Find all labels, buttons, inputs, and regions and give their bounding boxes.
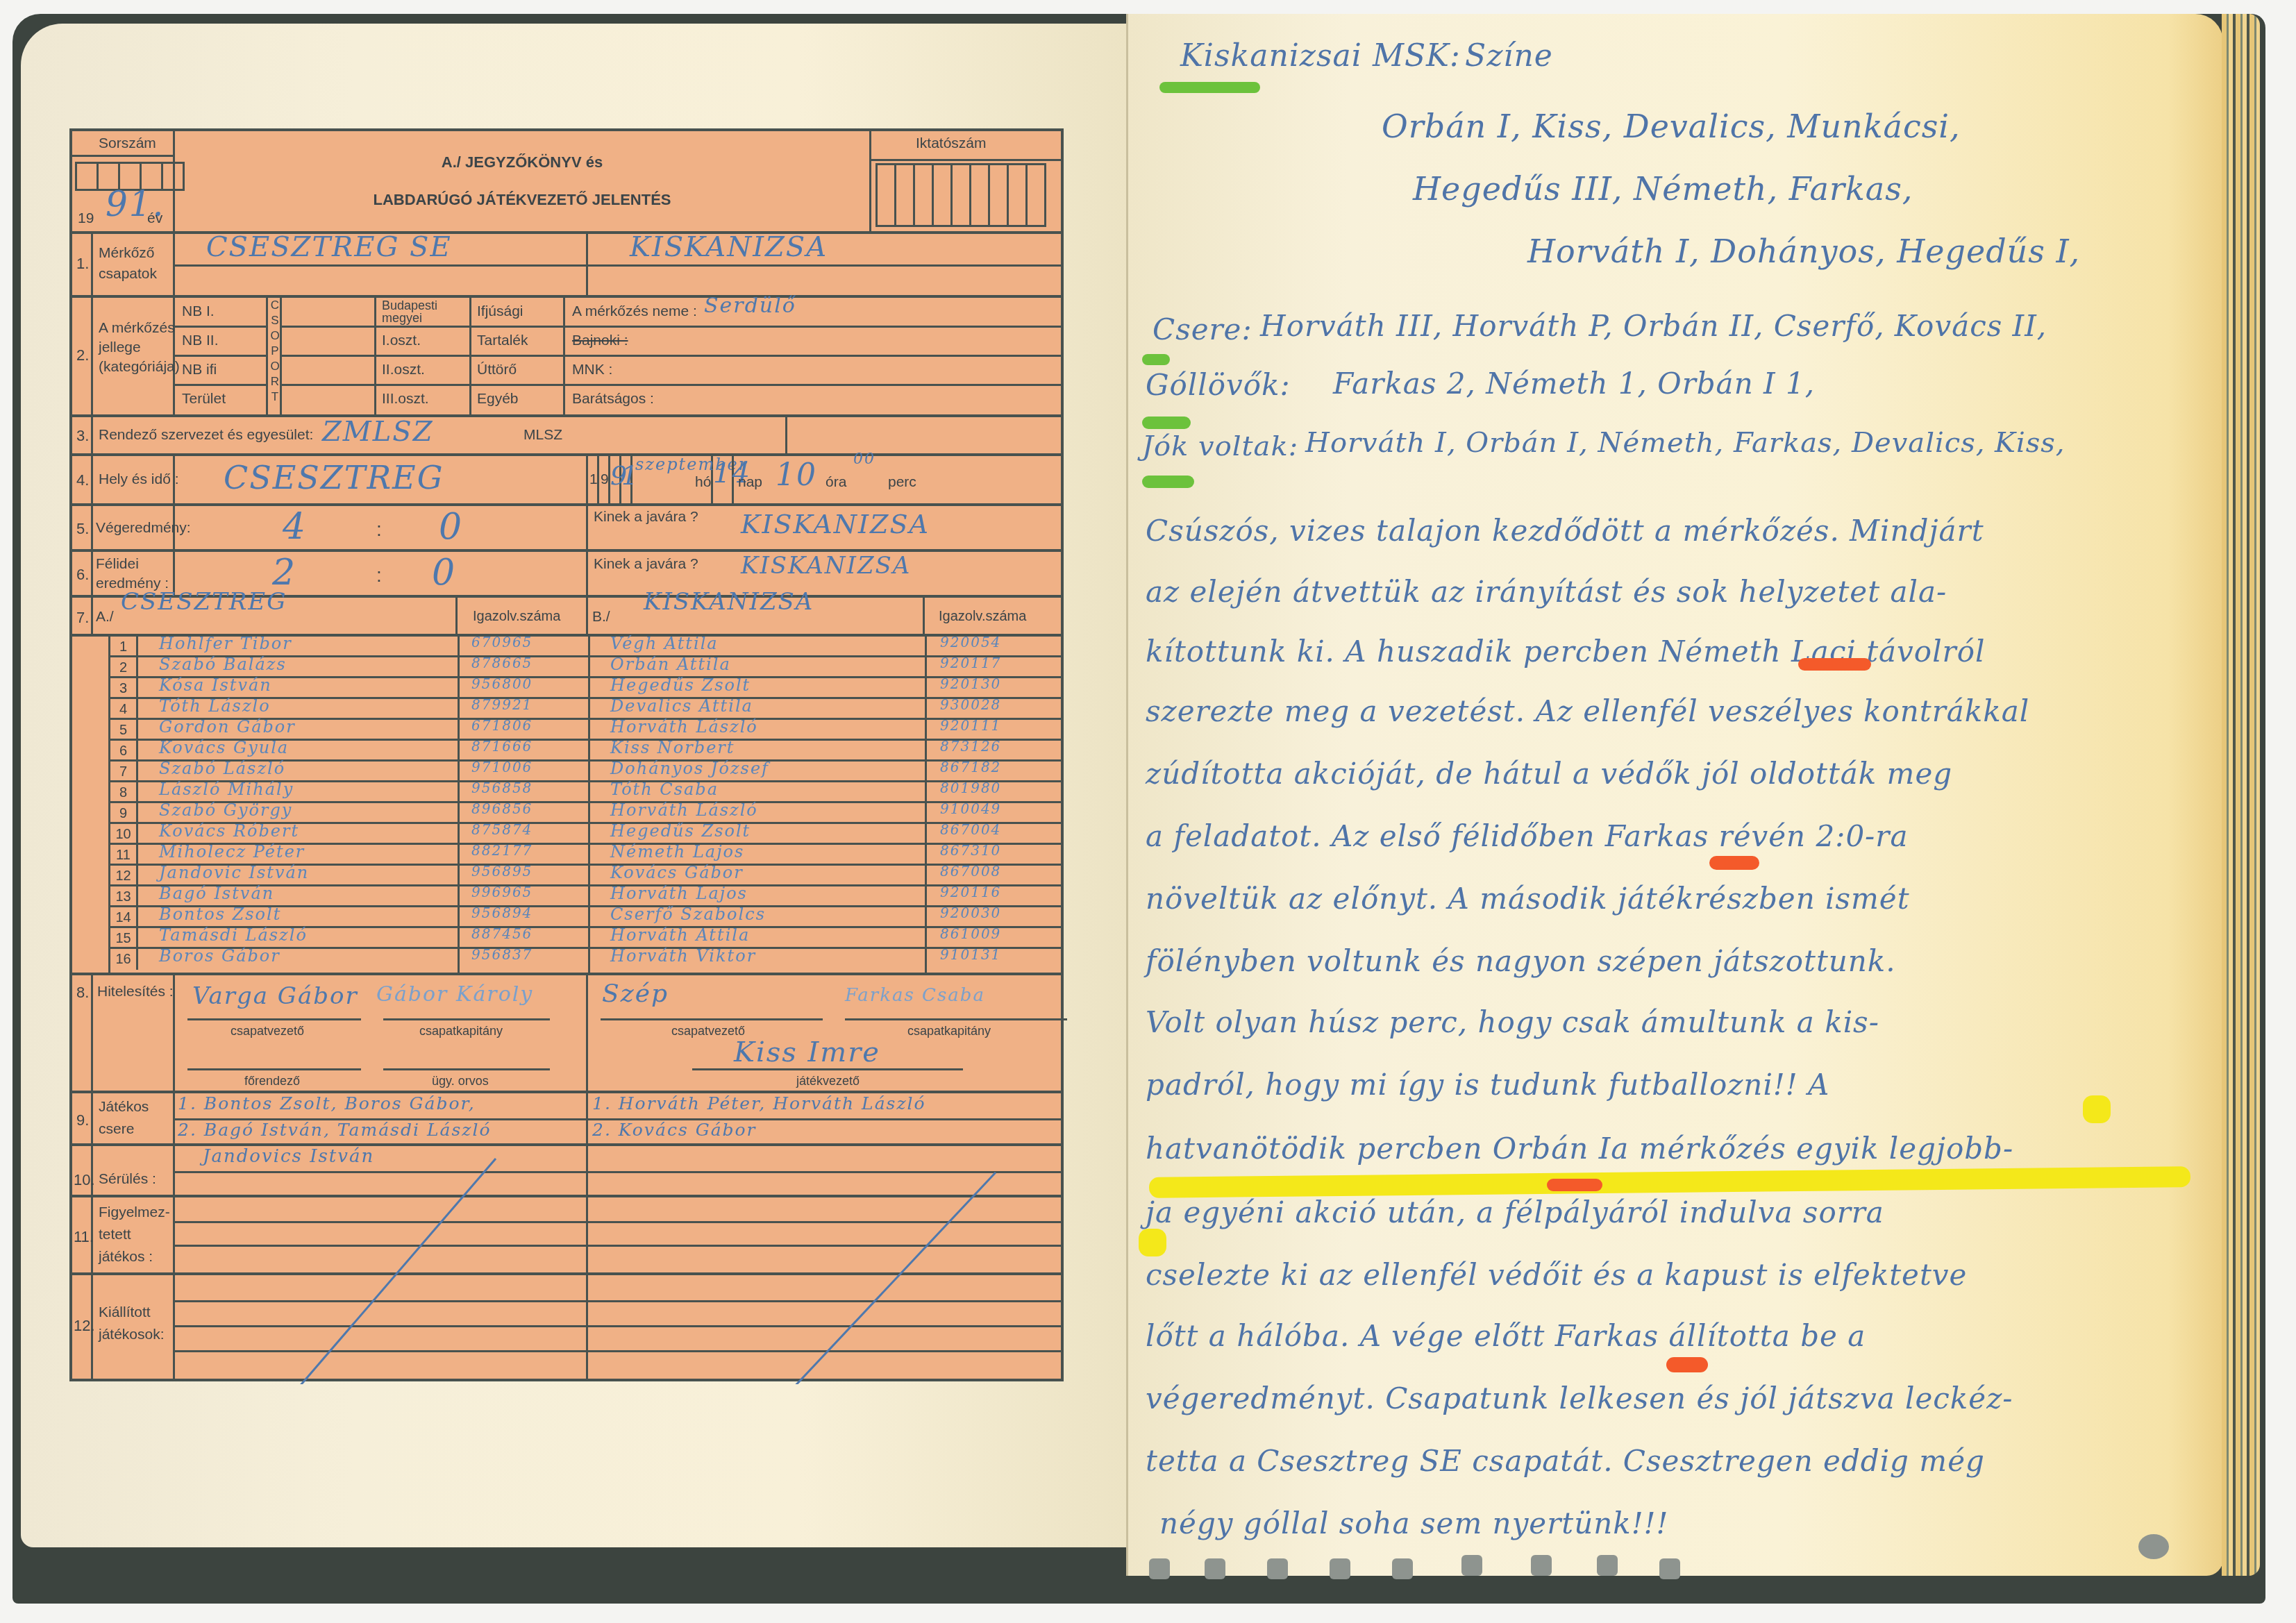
report-line: az elején átvettük az irányítást és sok …: [1146, 575, 1947, 609]
orange-highlight-orban: [1547, 1179, 1602, 1191]
orange-highlight-farkas-2: [1666, 1357, 1708, 1372]
green-highlight-subs: [1142, 354, 1170, 365]
report-line: négy góllal soha sem nyertünk!!!: [1159, 1506, 1668, 1540]
yellow-highlight-ja: [1139, 1229, 1166, 1256]
green-highlight-heading: [1159, 82, 1260, 93]
lineup-line-1: Orbán I, Kiss, Devalics, Munkácsi,: [1382, 108, 1961, 145]
ink-blot: [2138, 1534, 2169, 1559]
subs-list: Horváth III, Horváth P, Orbán II, Cserfő…: [1260, 309, 2047, 343]
subs-label: Csere:: [1153, 312, 1252, 346]
report-line: Csúszós, vizes talajon kezdődött a mérkő…: [1146, 514, 1984, 548]
report-line: szerezte meg a vezetést. Az ellenfél ves…: [1146, 694, 2029, 728]
orange-highlight-nemeth: [1798, 658, 1871, 671]
green-highlight-scorers: [1142, 417, 1191, 429]
report-line: fölényben voltunk és nagyon szépen játsz…: [1146, 944, 1896, 978]
report-line: a feladatot. Az első félidőben Farkas ré…: [1146, 819, 1908, 853]
notes-heading-color: Színe: [1465, 38, 1553, 74]
binder-hole: [1659, 1558, 1680, 1579]
binder-hole: [1392, 1558, 1413, 1579]
report-line: cselezte ki az ellenfél védőit és a kapu…: [1146, 1258, 1967, 1292]
lineup-line-2: Hegedűs III, Németh, Farkas,: [1413, 170, 1913, 208]
binder-hole: [1149, 1558, 1170, 1579]
report-line: tetta a Csesztreg SE csapatát. Csesztreg…: [1146, 1444, 1985, 1478]
report-line: ja egyéni akció után, a félpályáról indu…: [1146, 1195, 1884, 1229]
good-players-list: Horváth I, Orbán I, Németh, Farkas, Deva…: [1305, 427, 2065, 459]
binder-hole: [1267, 1558, 1288, 1579]
referee-report-form: Sorszám 19 91. év A./ JEGYZŐKÖNYV és LAB…: [69, 128, 1064, 1381]
green-highlight-good-players: [1142, 476, 1194, 488]
binder-hole: [1205, 1558, 1225, 1579]
report-line: zúdította akcióját, de hátul a védők jól…: [1146, 757, 1952, 791]
report-line: lőtt a hálóba. A vége előtt Farkas állít…: [1146, 1319, 1866, 1353]
notes-heading: Kiskanizsai MSK:: [1180, 38, 1461, 74]
scorers-label: Góllövők:: [1146, 368, 1291, 402]
yellow-highlight-a: [2083, 1095, 2111, 1123]
orange-highlight-farkas-1: [1709, 856, 1759, 870]
report-line: növeltük az előnyt. A második játékrészb…: [1146, 882, 1910, 916]
scorers-list: Farkas 2, Németh 1, Orbán I 1,: [1333, 367, 1815, 401]
page-edges: [2222, 14, 2260, 1576]
blank-strike-lines: [72, 131, 1066, 1384]
report-line: végeredményt. Csapatunk lelkesen és jól …: [1146, 1381, 2013, 1415]
good-players-label: Jók voltak:: [1142, 430, 1298, 462]
binder-hole: [1461, 1555, 1482, 1576]
report-line: Volt olyan húsz perc, hogy csak ámultunk…: [1146, 1005, 1879, 1039]
lineup-line-3: Horváth I, Dohányos, Hegedűs I,: [1527, 233, 2080, 270]
report-line: padról, hogy mi így is tudunk futballozn…: [1146, 1068, 1829, 1102]
binder-hole: [1597, 1555, 1618, 1576]
binder-hole: [1330, 1558, 1350, 1579]
report-line: hatvanötödik percben Orbán Ia mérkőzés e…: [1146, 1132, 2013, 1166]
binder-hole: [1531, 1555, 1552, 1576]
